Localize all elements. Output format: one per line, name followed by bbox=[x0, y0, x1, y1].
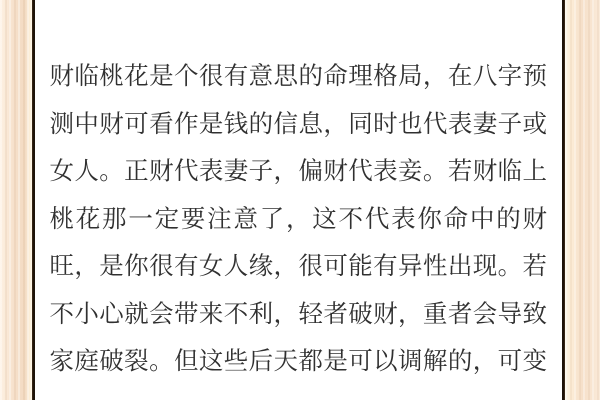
article-text-block: 财临桃花是个很有意思的命理格局，在八字预 测中财可看作是钱的信息，同时也代表妻子… bbox=[35, 0, 563, 386]
article-line: 桃花那一定要注意了，这不代表你命中的财 bbox=[50, 196, 548, 244]
article-screenshot: 财临桃花是个很有意思的命理格局，在八字预 测中财可看作是钱的信息，同时也代表妻子… bbox=[0, 0, 600, 400]
article-line: 女人。正财代表妻子，偏财代表妾。若财临上 bbox=[50, 148, 548, 196]
document-page: 财临桃花是个很有意思的命理格局，在八字预 测中财可看作是钱的信息，同时也代表妻子… bbox=[35, 0, 563, 400]
right-margin-texture bbox=[565, 0, 600, 400]
article-line: 不小心就会带来不利，轻者破财，重者会导致 bbox=[50, 291, 548, 339]
article-line: 家庭破裂。但这些后天都是可以调解的，可变 bbox=[50, 338, 548, 386]
article-line: 旺，是你很有女人缘，很可能有异性出现。若 bbox=[50, 243, 548, 291]
article-line: 财临桃花是个很有意思的命理格局，在八字预 bbox=[50, 53, 548, 101]
article-line: 测中财可看作是钱的信息，同时也代表妻子或 bbox=[50, 101, 548, 149]
left-margin-texture bbox=[0, 0, 32, 400]
